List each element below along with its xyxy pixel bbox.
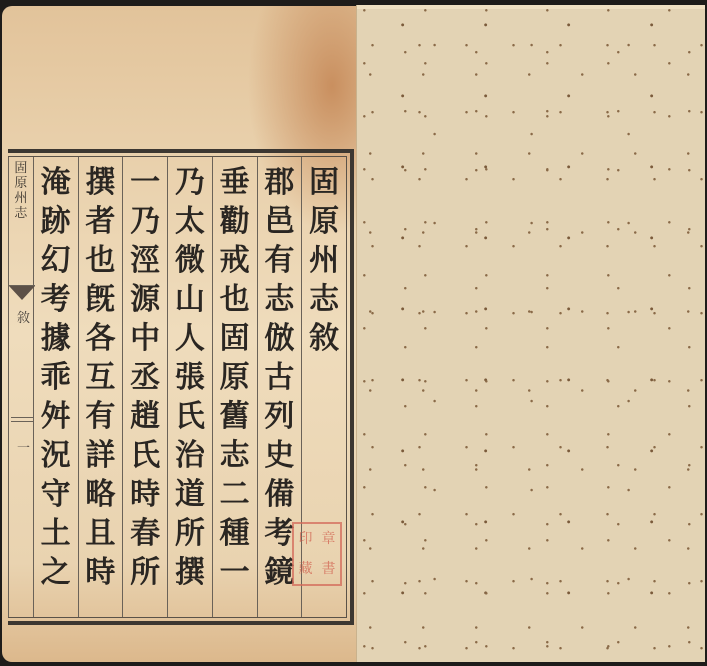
character: 淹 xyxy=(41,163,71,202)
character: 略 xyxy=(85,475,115,514)
fish-tail-mark xyxy=(9,285,35,296)
margin-section-label: 敘 xyxy=(17,307,30,326)
character: 時 xyxy=(85,553,115,592)
character: 種 xyxy=(220,514,250,553)
character: 春 xyxy=(130,514,160,553)
character: 丞 xyxy=(130,358,160,397)
character: 各 xyxy=(85,319,115,358)
character: 氏 xyxy=(175,397,205,436)
character: 治 xyxy=(175,436,205,475)
character: 涇 xyxy=(130,241,160,280)
character: 微 xyxy=(175,241,205,280)
character: 據 xyxy=(41,319,71,358)
character: 州 xyxy=(309,241,339,280)
character: 敘 xyxy=(309,319,339,358)
character: 況 xyxy=(41,436,71,475)
character: 古 xyxy=(264,358,294,397)
character: 太 xyxy=(175,202,205,241)
character: 備 xyxy=(264,475,294,514)
left-page: 固 原 州 志 敘 郡 邑 有 志 倣 古 列 史 備 考 鏡 xyxy=(2,6,356,662)
character: 乖 xyxy=(41,358,71,397)
character: 所 xyxy=(175,514,205,553)
character: 張 xyxy=(175,358,205,397)
character: 且 xyxy=(85,514,115,553)
text-column-6: 撰 者 也 旣 各 互 有 詳 略 且 時 xyxy=(78,157,123,617)
character: 考 xyxy=(41,280,71,319)
character: 跡 xyxy=(41,202,71,241)
character: 志 xyxy=(309,280,339,319)
character: 中 xyxy=(130,319,160,358)
text-column-7: 淹 跡 幻 考 據 乖 舛 況 守 土 之 xyxy=(33,157,78,617)
character: 乃 xyxy=(130,202,160,241)
character: 撰 xyxy=(175,553,205,592)
character: 有 xyxy=(85,397,115,436)
text-column-5: 一 乃 涇 源 中 丞 趙 氏 時 春 所 xyxy=(122,157,167,617)
text-column-4: 乃 太 微 山 人 張 氏 治 道 所 撰 xyxy=(167,157,212,617)
character: 固 xyxy=(309,163,339,202)
character: 乃 xyxy=(175,163,205,202)
character: 守 xyxy=(41,475,71,514)
character: 垂 xyxy=(220,163,250,202)
right-page-blank xyxy=(356,5,705,662)
character: 有 xyxy=(264,241,294,280)
character: 固 xyxy=(220,319,250,358)
margin-rule xyxy=(11,417,33,418)
block-center-margin: 固 原 州 志 敘 一 xyxy=(8,157,33,617)
text-column-3: 垂 勸 戒 也 固 原 舊 志 二 種 一 xyxy=(212,157,257,617)
character: 撰 xyxy=(85,163,115,202)
margin-title-char: 原 xyxy=(14,176,27,191)
character: 土 xyxy=(41,514,71,553)
red-seal-stamp: 印 章 藏 書 xyxy=(292,522,342,586)
character: 戒 xyxy=(220,241,250,280)
character: 趙 xyxy=(130,397,160,436)
margin-rule xyxy=(11,421,33,422)
character: 原 xyxy=(220,358,250,397)
seal-char: 藏 xyxy=(294,554,317,584)
character: 互 xyxy=(85,358,115,397)
character: 詳 xyxy=(85,436,115,475)
character: 一 xyxy=(130,163,160,202)
character: 所 xyxy=(130,553,160,592)
character: 者 xyxy=(85,202,115,241)
margin-title-char: 志 xyxy=(14,206,27,221)
margin-title-char: 州 xyxy=(14,191,27,206)
character: 氏 xyxy=(130,436,160,475)
character: 之 xyxy=(41,553,71,592)
character: 考 xyxy=(264,514,294,553)
character: 一 xyxy=(220,553,250,592)
character: 山 xyxy=(175,280,205,319)
character: 郡 xyxy=(264,163,294,202)
margin-page-number: 一 xyxy=(17,437,30,456)
character: 時 xyxy=(130,475,160,514)
seal-char: 章 xyxy=(317,524,340,554)
page-edge xyxy=(357,5,705,9)
character: 也 xyxy=(220,280,250,319)
character: 源 xyxy=(130,280,160,319)
character: 列 xyxy=(264,397,294,436)
character: 鏡 xyxy=(264,553,294,592)
character: 史 xyxy=(264,436,294,475)
character: 勸 xyxy=(220,202,250,241)
character: 邑 xyxy=(264,202,294,241)
character: 道 xyxy=(175,475,205,514)
character: 幻 xyxy=(41,241,71,280)
character: 人 xyxy=(175,319,205,358)
character: 舛 xyxy=(41,397,71,436)
character: 志 xyxy=(220,436,250,475)
character: 志 xyxy=(264,280,294,319)
character: 倣 xyxy=(264,319,294,358)
seal-char: 書 xyxy=(317,554,340,584)
character: 舊 xyxy=(220,397,250,436)
character: 也 xyxy=(85,241,115,280)
character: 原 xyxy=(309,202,339,241)
character: 二 xyxy=(220,475,250,514)
margin-title-char: 固 xyxy=(14,161,27,176)
character: 旣 xyxy=(85,280,115,319)
seal-char: 印 xyxy=(294,524,317,554)
